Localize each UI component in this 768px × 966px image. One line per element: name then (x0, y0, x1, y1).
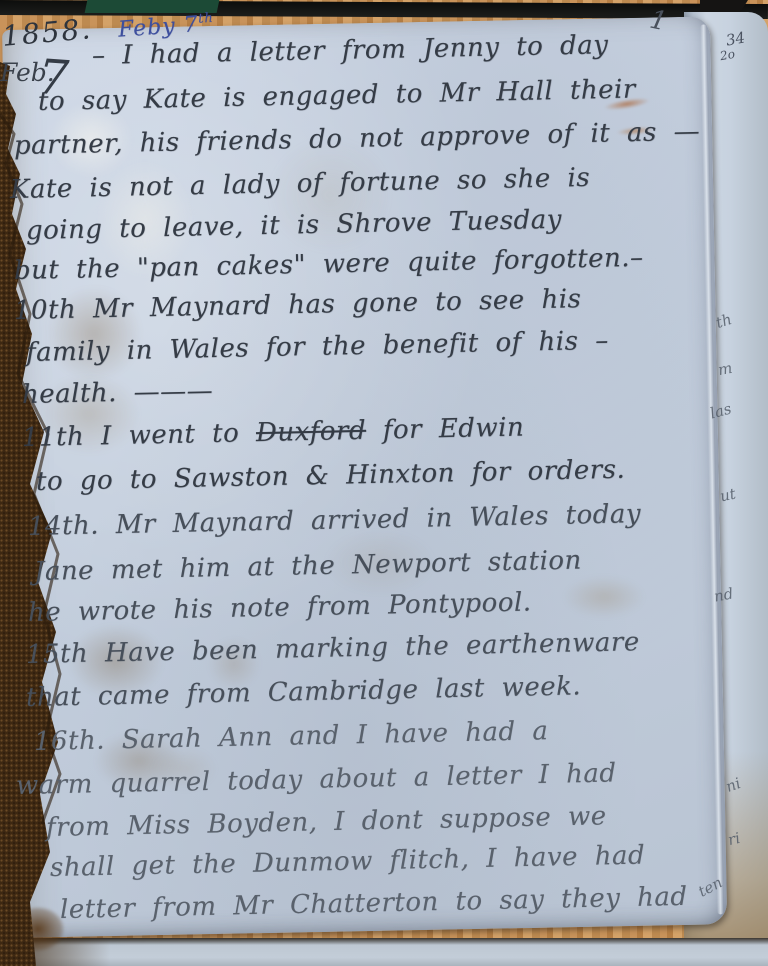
edge-fragment: nd (713, 584, 735, 605)
edge-fragment: ri (726, 829, 742, 849)
diary-line: he wrote his note from Pontypool. (28, 588, 532, 628)
diary-line: letter from Mr Chatterton to say they ha… (60, 883, 688, 926)
diary-line-text: for Edwin (366, 412, 525, 445)
diary-line: 16th. Sarah Ann and I have had a (34, 717, 549, 758)
diary-line: health. ——— (22, 377, 214, 411)
diary-line: family in Wales for the benefit of his – (26, 327, 609, 369)
year-heading: 1858. (1, 12, 94, 53)
edge-fragment: ten (695, 873, 725, 900)
diary-line: from Miss Boyden, I dont suppose we (46, 802, 607, 844)
date-annotation-ordinal: th (198, 11, 215, 27)
handwriting-layer: 1858. Feby 7th 1 34 2o Feb. 7 – I had a … (0, 0, 768, 966)
diary-line: 10th Mr Maynard has gone to see his (14, 285, 582, 327)
edge-fragment: ni (723, 774, 743, 796)
corner-number: 2o (719, 47, 736, 63)
corner-number: 34 (725, 28, 747, 49)
edge-fragment: las (708, 400, 733, 423)
diary-line: partner, his friends do not approve of i… (14, 118, 701, 162)
diary-line: 15th Have been marking the earthenware (26, 628, 640, 671)
diary-line: that came from Cambridge last week. (26, 672, 582, 714)
edge-fragment: m (717, 359, 734, 379)
edge-fragment: ut (718, 485, 737, 506)
diary-line: to go to Sawston & Hinxton for orders. (36, 456, 626, 498)
diary-line: to say Kate is engaged to Mr Hall their (38, 75, 636, 117)
diary-line-text: 11th I went to (22, 418, 257, 453)
diary-line: 11th I went to Duxford for Edwin (22, 413, 525, 453)
diary-photo: 1858. Feby 7th 1 34 2o Feb. 7 – I had a … (0, 0, 768, 966)
diary-line: Kate is not a lady of fortune so she is (10, 164, 591, 206)
diary-line: shall get the Dunmow flitch, I have had (50, 842, 646, 884)
diary-line: 14th. Mr Maynard arrived in Wales today (28, 500, 642, 543)
diary-line: but the "pan cakes" were quite forgotten… (14, 244, 644, 287)
struck-word: Duxford (256, 416, 367, 448)
diary-line: warm quarrel today about a letter I had (16, 759, 617, 801)
diary-line: going to leave, it is Shrove Tuesday (26, 206, 563, 247)
page-number: 1 (647, 5, 669, 38)
diary-line: Jane met him at the Newport station (34, 547, 582, 588)
edge-fragment: th (714, 310, 734, 332)
